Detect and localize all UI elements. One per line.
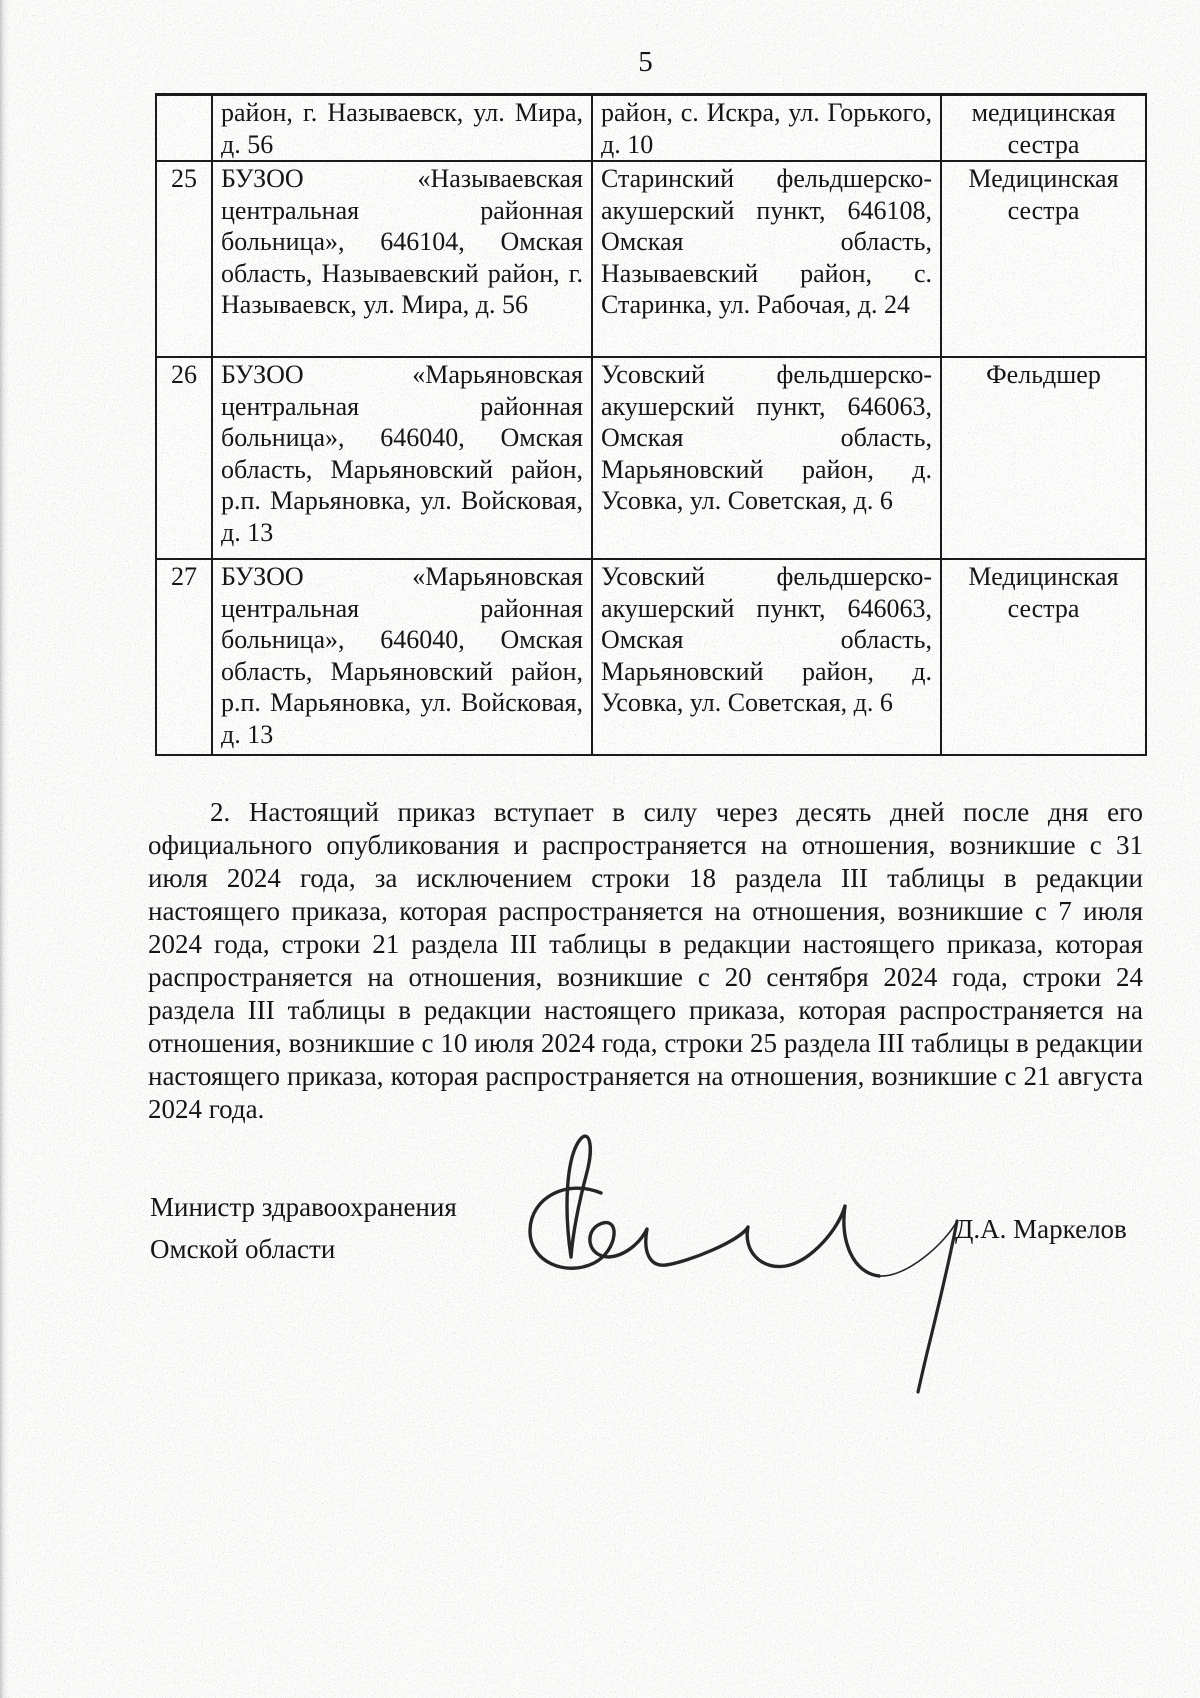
order-paragraph: 2. Настоящий приказ вступает в силу чере…	[148, 796, 1143, 1126]
page-number: 5	[148, 46, 1143, 79]
organization-cell: БУЗОО «Называевская центральная районная…	[213, 162, 593, 358]
row-number-cell: 26	[157, 358, 213, 560]
row-number-cell	[157, 96, 213, 162]
organization-cell: БУЗОО «Марьяновская центральная районная…	[213, 358, 593, 560]
organization-cell: БУЗОО «Марьяновская центральная районная…	[213, 560, 593, 754]
position-cell: Фельдшер	[942, 358, 1145, 560]
position-cell: Медицинская сестра	[942, 162, 1145, 358]
signature-stroke	[567, 1136, 590, 1257]
row-number-cell: 27	[157, 560, 213, 754]
organization-cell: район, г. Называевск, ул. Мира, д. 56	[213, 96, 593, 162]
assignments-table: район, г. Называевск, ул. Мира, д. 56 ра…	[155, 93, 1147, 756]
unit-cell: район, с. Искра, ул. Горького, д. 10	[593, 96, 942, 162]
minister-title: Министр здравоохранения Омской области	[150, 1186, 457, 1270]
signatory-name: Д.А. Маркелов	[955, 1214, 1127, 1245]
minister-title-line2: Омской области	[150, 1228, 457, 1270]
row-number-cell: 25	[157, 162, 213, 358]
unit-cell: Усовский фельдшерско-акушерский пункт, 6…	[593, 560, 942, 754]
position-cell: медицинская сестра	[942, 96, 1145, 162]
signature-stroke	[918, 1221, 957, 1392]
signature-stroke	[530, 1188, 879, 1276]
position-cell: Медицинская сестра	[942, 560, 1145, 754]
signature-stroke	[879, 1221, 957, 1276]
unit-cell: Усовский фельдшерско-акушерский пункт, 6…	[593, 358, 942, 560]
unit-cell: Старинский фельдшерско-акушерский пункт,…	[593, 162, 942, 358]
scanned-document-page: 5 район, г. Называевск, ул. Мира, д. 56 …	[0, 0, 1200, 1698]
minister-title-line1: Министр здравоохранения	[150, 1186, 457, 1228]
